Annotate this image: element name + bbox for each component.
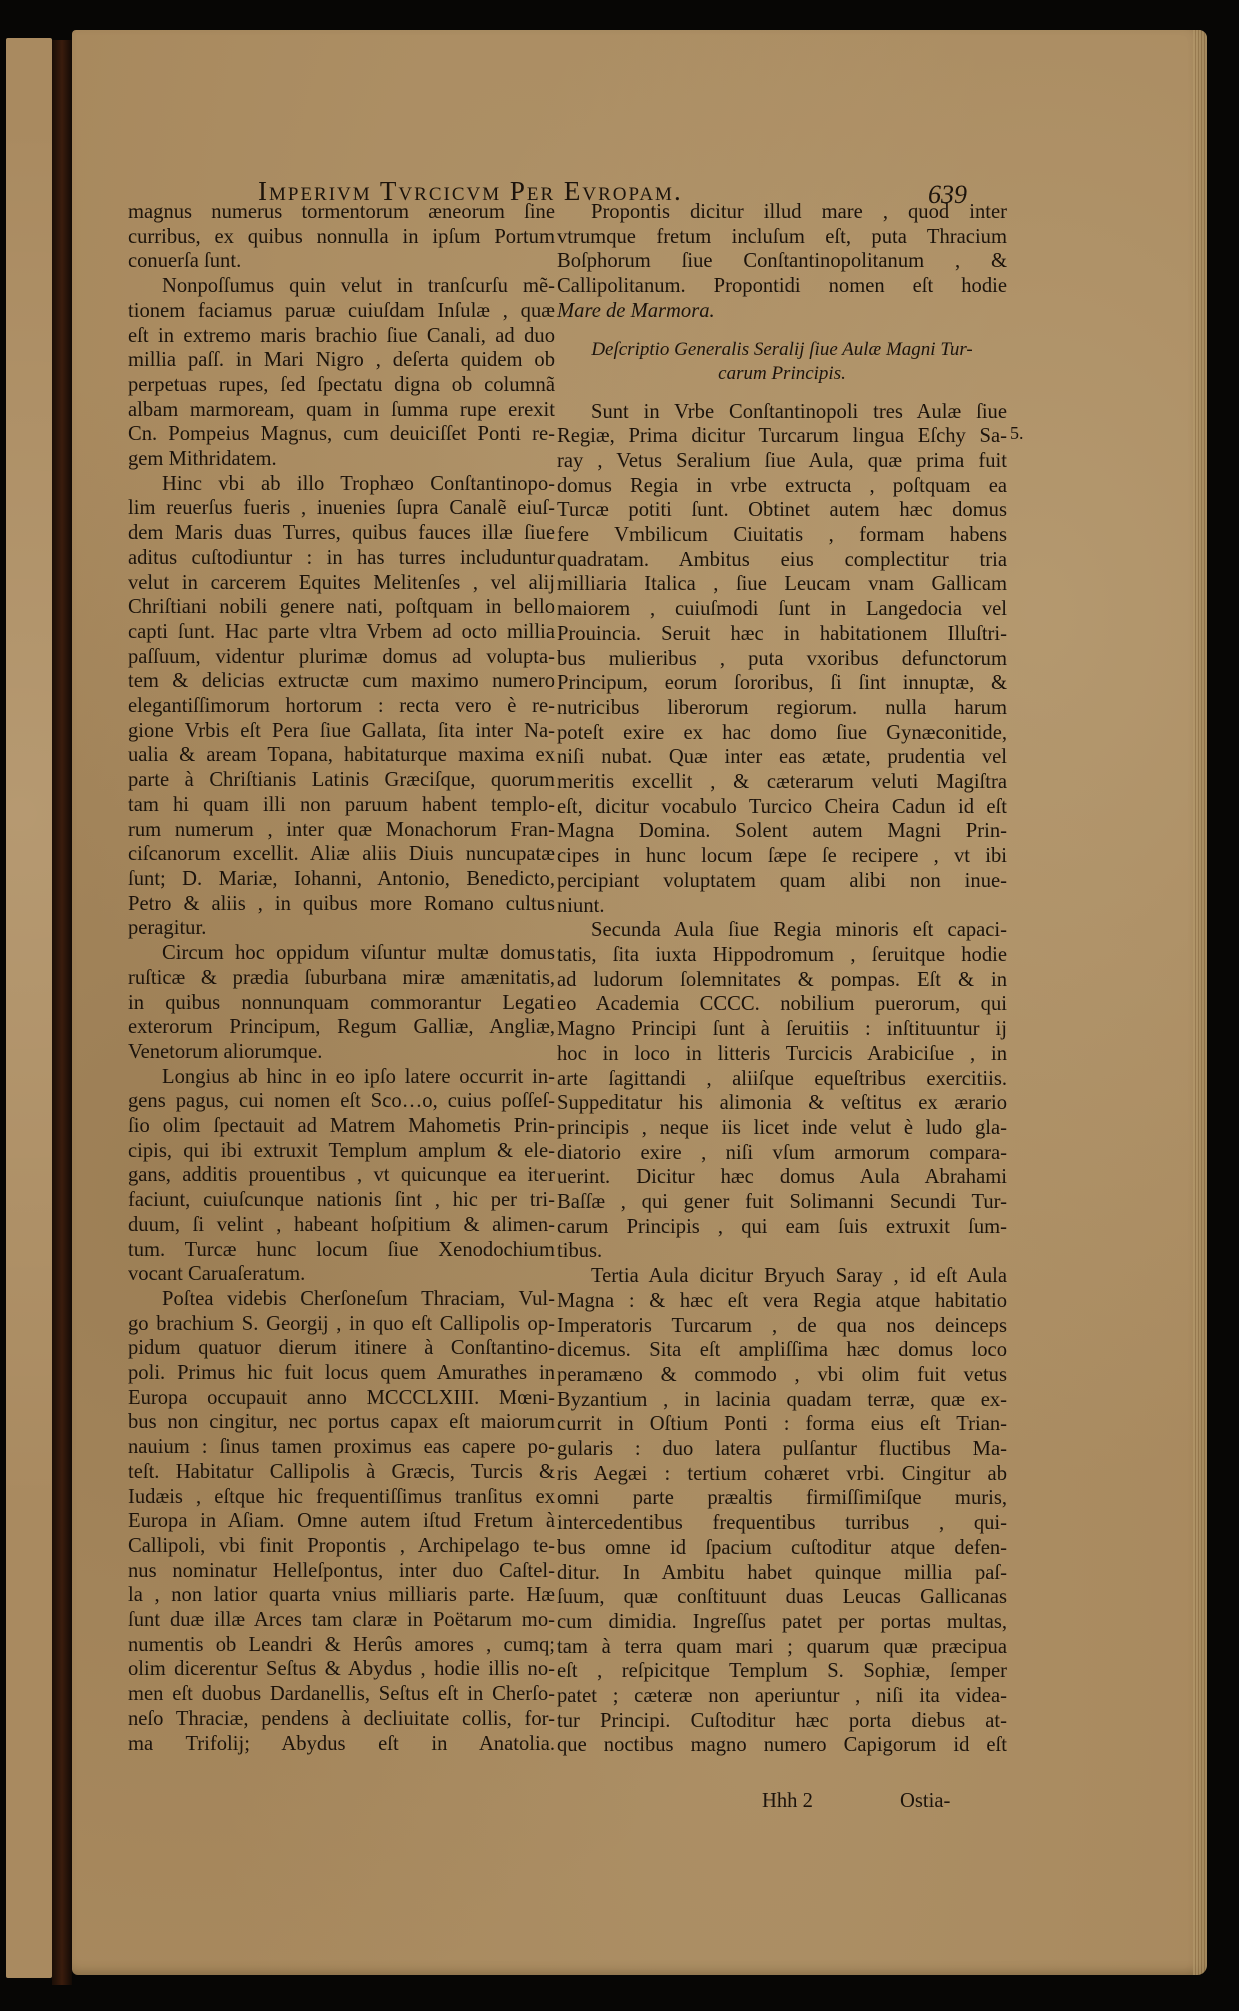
text-line: Longius ab hinc in eo ipſo latere occurr… [128, 1065, 555, 1090]
text-line: diatorio exire , niſi vſum armorum compa… [557, 1141, 1007, 1166]
text-line: uerint. Dicitur hæc domus Aula Abrahami [557, 1165, 1007, 1190]
text-line: Venetorum aliorumque. [128, 1040, 555, 1065]
text-line: milliaria Italica , ſiue Leucam vnam Gal… [557, 572, 1007, 597]
text-line: ris Aegæi : tertium cohæret vrbi. Cingit… [557, 1462, 1007, 1487]
text-line: gens pagus, cui nomen eſt Sco…o, cuius p… [128, 1089, 555, 1114]
text-line: nus nominatur Helleſpontus, inter duo Ca… [128, 1559, 555, 1584]
text-line: faciunt, cuiuſcunque nationis ſint , hic… [128, 1188, 555, 1213]
text-line: cipes in hunc locum ſæpe ſe recipere , v… [557, 844, 1007, 869]
text-line: magnus numerus tormentorum æneorum ſine [128, 200, 555, 225]
text-line: Byzantium , in lacinia quadam terræ, quæ… [557, 1388, 1007, 1413]
text-line: tam hi quam illi non paruum habent templ… [128, 793, 555, 818]
text-line: capti ſunt. Hac parte vltra Vrbem ad oct… [128, 620, 555, 645]
text-line: Circum hoc oppidum viſuntur multæ domus [128, 941, 555, 966]
text-line: curribus, ex quibus nonnulla in ipſum Po… [128, 225, 555, 250]
text-line: nauium : ſinus tamen proximus eas capere… [128, 1435, 555, 1460]
text-line: niſi nubat. Quæ inter eas ætate, prudent… [557, 745, 1007, 770]
text-line: aditus cuſtodiuntur : in has turres incl… [128, 546, 555, 571]
text-line: ditur. In Ambitu habet quinque millia pa… [557, 1561, 1007, 1586]
text-line: Secunda Aula ſiue Regia minoris eſt capa… [557, 918, 1007, 943]
text-line: tem & delicias extructæ cum maximo numer… [128, 669, 555, 694]
text-line: Poſtea videbis Cherſoneſum Thraciam, Vul… [128, 1287, 555, 1312]
text-line: intercedentibus frequentibus turribus , … [557, 1511, 1007, 1536]
text-line: Nonpoſſumus quin velut in tranſcurſu mẽ- [128, 274, 555, 299]
text-line: Hinc vbi ab illo Trophæo Conſtantinopo- [128, 472, 555, 497]
text-line: Magna : & hæc eſt vera Regia atque habit… [557, 1289, 1007, 1314]
text-line: Europa in Aſiam. Omne autem iſtud Fretum… [128, 1509, 555, 1534]
text-line: Regiæ, Prima dicitur Turcarum lingua Eſc… [557, 424, 1007, 449]
text-line: ualia & aream Topana, habitaturque maxim… [128, 743, 555, 768]
text-line: ruſticæ & prædia ſuburbana miræ amænitat… [128, 966, 555, 991]
text-line: percipiant voluptatem quam alibi non inu… [557, 869, 1007, 894]
text-line: lim reuerſus fueris , inuenies ſupra Can… [128, 496, 555, 521]
text-line: ſunt duæ illæ Arces tam claræ in Poëtaru… [128, 1608, 555, 1633]
text-line: poli. Primus hic fuit locus quem Amurath… [128, 1361, 555, 1386]
text-line: go brachium S. Georgij , in quo eſt Call… [128, 1312, 555, 1337]
text-line: Boſphorum ſiue Conſtantinopolitanum , & [557, 249, 1007, 274]
text-line: ray , Vetus Seralium ſiue Aula, quæ prim… [557, 449, 1007, 474]
text-line: tum. Turcæ hunc locum ſiue Xenodochium [128, 1238, 555, 1263]
spacer [557, 324, 1007, 338]
signature-mark: Hhh 2 [762, 1790, 813, 1813]
text-line: Petro & aliis , in quibus more Romano cu… [128, 892, 555, 917]
text-line: gem Mithridatem. [128, 447, 555, 472]
text-line: omni parte præaltis firmiſſimiſque muris… [557, 1486, 1007, 1511]
text-line: poteſt exire ex hac domo ſiue Gynæconiti… [557, 721, 1007, 746]
left-column: magnus numerus tormentorum æneorum ſinec… [128, 200, 555, 1756]
text-line: peramæno & commodo , vbi olim fuit vetus [557, 1363, 1007, 1388]
text-line: tam à terra quam mari ; quarum quæ præci… [557, 1635, 1007, 1660]
text-line: Iudæis , eſtque hic frequentiſſimus tran… [128, 1485, 555, 1510]
text-line: olim dicerentur Seſtus & Abydus , hodie … [128, 1657, 555, 1682]
text-line: hoc in loco in litteris Turcicis Arabici… [557, 1042, 1007, 1067]
text-line: maiorem , cuiuſmodi ſunt in Langedocia v… [557, 597, 1007, 622]
text-line: conuerſa ſunt. [128, 249, 555, 274]
text-line: perpetuas rupes, ſed ſpectatu digna ob c… [128, 373, 555, 398]
text-line: exterorum Principum, Regum Galliæ, Angli… [128, 1015, 555, 1040]
text-line: pidum quatuor dierum itinere à Conſtanti… [128, 1336, 555, 1361]
text-line: elegantiſſimorum hortorum : recta vero è… [128, 694, 555, 719]
spacer [557, 386, 1007, 400]
text-line: Magna Domina. Solent autem Magni Prin- [557, 819, 1007, 844]
text-line: principis , neque iis licet inde velut è… [557, 1116, 1007, 1141]
text-line: meritis excellit , & cæterarum veluti Ma… [557, 770, 1007, 795]
text-line: que noctibus magno numero Capigorum id e… [557, 1733, 1007, 1758]
text-line: Suppeditatur his alimonia & veſtitus ex … [557, 1091, 1007, 1116]
text-line: velut in carcerem Equites Melitenſes , v… [128, 571, 555, 596]
text-line: niunt. [557, 894, 1007, 919]
margin-note: 5. [1010, 423, 1024, 444]
book-gutter [52, 40, 72, 1985]
text-line: dem Maris duas Turres, quibus fauces ill… [128, 521, 555, 546]
text-line: tur Principi. Cuſtoditur hæc porta diebu… [557, 1709, 1007, 1734]
text-line: millia paſſ. in Mari Nigro , deſerta qui… [128, 348, 555, 373]
text-line: gione Vrbis eſt Pera ſiue Gallata, ſita … [128, 719, 555, 744]
text-line: cum dimidia. Ingreſſus patet per portas … [557, 1610, 1007, 1635]
text-line: Magno Principi ſunt à ſeruitiis : inſtit… [557, 1017, 1007, 1042]
text-line: fere Vmbilicum Ciuitatis , formam habens [557, 523, 1007, 548]
text-line: Europa occupauit anno MCCCLXIII. Mœni- [128, 1386, 555, 1411]
text-line: tatis, ſita iuxta Hippodromum , ſeruitqu… [557, 943, 1007, 968]
text-line: eſt in extremo maris brachio ſiue Canali… [128, 324, 555, 349]
text-line: Prouincia. Seruit hæc in habitationem Il… [557, 622, 1007, 647]
text-line: Propontis dicitur illud mare , quod inte… [557, 200, 1007, 225]
text-line: Mare de Marmora. [557, 299, 1007, 324]
text-line: ſio olim ſpectauit ad Matrem Mahometis P… [128, 1114, 555, 1139]
text-line: eſt, dicitur vocabulo Turcico Cheira Cad… [557, 795, 1007, 820]
text-line: numentis ob Leandri & Herûs amores , cum… [128, 1633, 555, 1658]
text-line: bus mulieribus , puta vxoribus defunctor… [557, 647, 1007, 672]
text-line: dicemus. Sita eſt ampliſſima hæc domus l… [557, 1338, 1007, 1363]
text-line: cipis, qui ibi extruxit Templum amplum &… [128, 1139, 555, 1164]
text-line: Cn. Pompeius Magnus, cum deuiciſſet Pont… [128, 422, 555, 447]
text-line: Sunt in Vrbe Conſtantinopoli tres Aulæ ſ… [557, 400, 1007, 425]
text-line: men eſt duobus Dardanellis, Seſtus eſt i… [128, 1682, 555, 1707]
previous-page-edge [6, 38, 52, 1978]
section-heading: Deſcriptio Generalis Seralij ſiue Aulæ M… [557, 338, 1007, 362]
text-line: la , non latior quarta vnius milliaris p… [128, 1583, 555, 1608]
text-line: Turcæ potiti ſunt. Obtinet autem hæc dom… [557, 498, 1007, 523]
text-line: teſt. Habitatur Callipolis à Græcis, Tur… [128, 1460, 555, 1485]
text-line: eo Academia CCCC. nobilium puerorum, qui [557, 992, 1007, 1017]
text-line: nutricibus liberorum regiorum. nulla har… [557, 696, 1007, 721]
text-line: domus Regia in vrbe extructa , poſtquam … [557, 474, 1007, 499]
text-line: gularis : duo latera pulſantur fluctibus… [557, 1437, 1007, 1462]
text-line: ma Trifolij; Abydus eſt in Anatolia. [128, 1732, 555, 1757]
text-line: neſo Thraciæ, pendens à decliuitate coll… [128, 1707, 555, 1732]
text-line: quadratam. Ambitus eius complectitur tri… [557, 548, 1007, 573]
text-line: bus omne id ſpacium cuſtoditur atque def… [557, 1536, 1007, 1561]
text-line: eſt , reſpicitque Templum S. Sophiæ, ſem… [557, 1659, 1007, 1684]
text-line: ſunt; D. Mariæ, Iohanni, Antonio, Benedi… [128, 867, 555, 892]
right-column: Propontis dicitur illud mare , quod inte… [557, 200, 1007, 1758]
text-line: Baſſæ , qui gener fuit Solimanni Secundi… [557, 1190, 1007, 1215]
text-line: in quibus nonnunquam commorantur Legati [128, 991, 555, 1016]
text-line: Principum, eorum ſororibus, ſi ſint innu… [557, 671, 1007, 696]
text-line: tibus. [557, 1239, 1007, 1264]
text-line: currit in Oſtium Ponti : forma eius eſt … [557, 1412, 1007, 1437]
text-line: carum Principis , qui eam ſuis extruxit … [557, 1215, 1007, 1240]
text-line: vocant Caruaſeratum. [128, 1262, 555, 1287]
catchword: Ostia- [900, 1790, 950, 1813]
text-line: ciſcanorum excellit. Aliæ aliis Diuis nu… [128, 842, 555, 867]
text-line: ad ludorum ſolemnitates & pompas. Eſt & … [557, 968, 1007, 993]
text-line: Imperatoris Turcarum , de qua nos deince… [557, 1314, 1007, 1339]
text-line: albam marmoream, quam in ſumma rupe erex… [128, 398, 555, 423]
text-line: tionem faciamus paruæ cuiuſdam Inſulæ , … [128, 299, 555, 324]
text-line: parte à Chriſtianis Latinis Græciſque, q… [128, 768, 555, 793]
text-line: ſuum, quæ conſtituunt duas Leucas Gallic… [557, 1585, 1007, 1610]
section-heading: carum Principis. [557, 362, 1007, 386]
text-line: patet ; cæteræ non aperiuntur , niſi ita… [557, 1684, 1007, 1709]
text-line: gans, additis prouentibus , vt quicunque… [128, 1163, 555, 1188]
text-line: arte ſagittandi , aliiſque equeſtribus e… [557, 1067, 1007, 1092]
text-line: paſſuum, videntur plurimæ domus ad volup… [128, 645, 555, 670]
text-line: Tertia Aula dicitur Bryuch Saray , id eſ… [557, 1264, 1007, 1289]
text-line: Callipolitanum. Propontidi nomen eſt hod… [557, 274, 1007, 299]
text-line: duum, ſi velint , habeant hoſpitium & al… [128, 1213, 555, 1238]
page-stack-edge [1193, 30, 1207, 1975]
text-line: rum numerum , inter quæ Monachorum Fran- [128, 818, 555, 843]
text-line: peragitur. [128, 916, 555, 941]
text-line: Callipoli, vbi finit Propontis , Archipe… [128, 1534, 555, 1559]
text-line: bus non cingitur, nec portus capax eſt m… [128, 1410, 555, 1435]
text-line: vtrumque fretum incluſum eſt, puta Thrac… [557, 225, 1007, 250]
text-line: Chriſtiani nobili genere nati, poſtquam … [128, 595, 555, 620]
